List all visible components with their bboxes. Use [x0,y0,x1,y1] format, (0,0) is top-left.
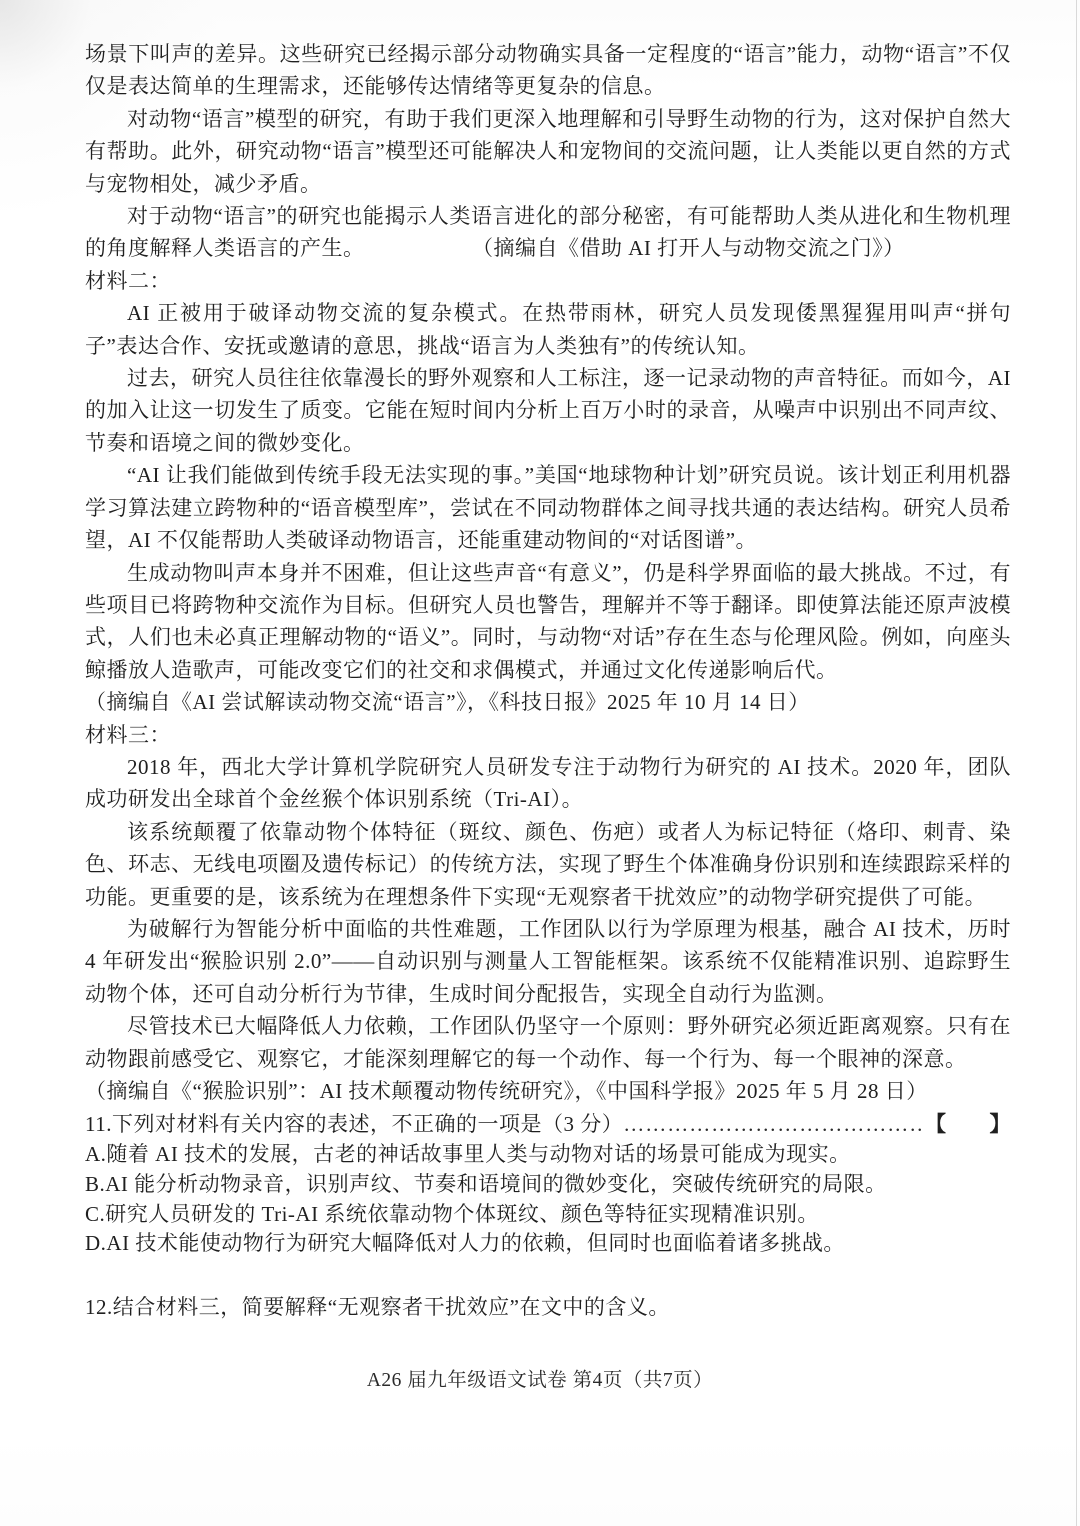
answer-brackets: 【 】 [925,1109,1011,1140]
material3-heading: 材料三： [85,719,1011,751]
exam-content: 场景下叫声的差异。这些研究已经揭示部分动物确实具备一定程度的“语言”能力，动物“… [85,38,1011,1322]
question-11-option-a: A.随着 AI 技术的发展，古老的神话故事里人类与动物对话的场景可能成为现实。 [85,1140,1011,1170]
material2-paragraph: AI 正被用于破译动物交流的复杂模式。在热带雨林，研究人员发现倭黑猩猩用叫声“拼… [85,297,1011,362]
material3-paragraph: 为破解行为智能分析中面临的共性难题，工作团队以行为学原理为根基，融合 AI 技术… [85,913,1011,1010]
question-11-stem: 11.下列对材料有关内容的表述，不正确的一项是（3 分） [85,1109,623,1140]
page-edge-line [1076,0,1077,1526]
question-11-option-d: D.AI 技术能使动物行为研究大幅降低对人力的依赖，但同时也面临着诸多挑战。 [85,1229,1011,1259]
material3-citation: （摘编自《“猴脸识别”：AI 技术颠覆动物传统研究》，《中国科学报》2025 年… [85,1075,1011,1107]
question-11-option-c: C.研究人员研发的 Tri-AI 系统依靠动物个体斑纹、颜色等特征实现精准识别。 [85,1200,1011,1230]
question-11-option-b: B.AI 能分析动物录音，识别声纹、节奏和语境间的微妙变化，突破传统研究的局限。 [85,1170,1011,1200]
material1-paragraph: 对动物“语言”模型的研究，有助于我们更深入地理解和引导野生动物的行为，这对保护自… [85,103,1011,200]
exam-page: 场景下叫声的差异。这些研究已经揭示部分动物确实具备一定程度的“语言”能力，动物“… [0,0,1080,1526]
material3-paragraph: 该系统颠覆了依靠动物个体特征（斑纹、颜色、伤疤）或者人为标记特征（烙印、刺青、染… [85,816,1011,913]
material2-citation: （摘编自《AI 尝试解读动物交流“语言”》，《科技日报》2025 年 10 月 … [85,686,1011,718]
material1-last-paragraph: 对于动物“语言”的研究也能揭示人类语言进化的部分秘密，有可能帮助人类从进化和生物… [85,200,1011,265]
material1-citation: （摘编自《借助 AI 打开人与动物交流之门》） [365,236,905,260]
question-11-stem-line: 11.下列对材料有关内容的表述，不正确的一项是（3 分） ……………………………… [85,1109,1011,1140]
page-footer: A26 届九年级语文试卷 第4页（共7页） [0,1364,1080,1392]
material3-paragraph: 尽管技术已大幅降低人力依赖，工作团队仍坚守一个原则：野外研究必须近距离观察。只有… [85,1010,1011,1075]
question-11: 11.下列对材料有关内容的表述，不正确的一项是（3 分） ……………………………… [85,1109,1011,1258]
material2-paragraph: 过去，研究人员往往依靠漫长的野外观察和人工标注，逐一记录动物的声音特征。而如今，… [85,362,1011,459]
material2-paragraph: 生成动物叫声本身并不困难，但让这些声音“有意义”，仍是科学界面临的最大挑战。不过… [85,557,1011,687]
continued-paragraph: 场景下叫声的差异。这些研究已经揭示部分动物确实具备一定程度的“语言”能力，动物“… [85,38,1011,103]
material2-heading: 材料二： [85,265,1011,297]
question-12-stem: 12.结合材料三，简要解释“无观察者干扰效应”在文中的含义。 [85,1292,1011,1322]
material3-paragraph: 2018 年，西北大学计算机学院研究人员研发专注于动物行为研究的 AI 技术。2… [85,751,1011,816]
dotted-leader: …………………………………………………… [623,1109,925,1140]
material2-paragraph: “AI 让我们能做到传统手段无法实现的事。”美国“地球物种计划”研究员说。该计划… [85,459,1011,556]
